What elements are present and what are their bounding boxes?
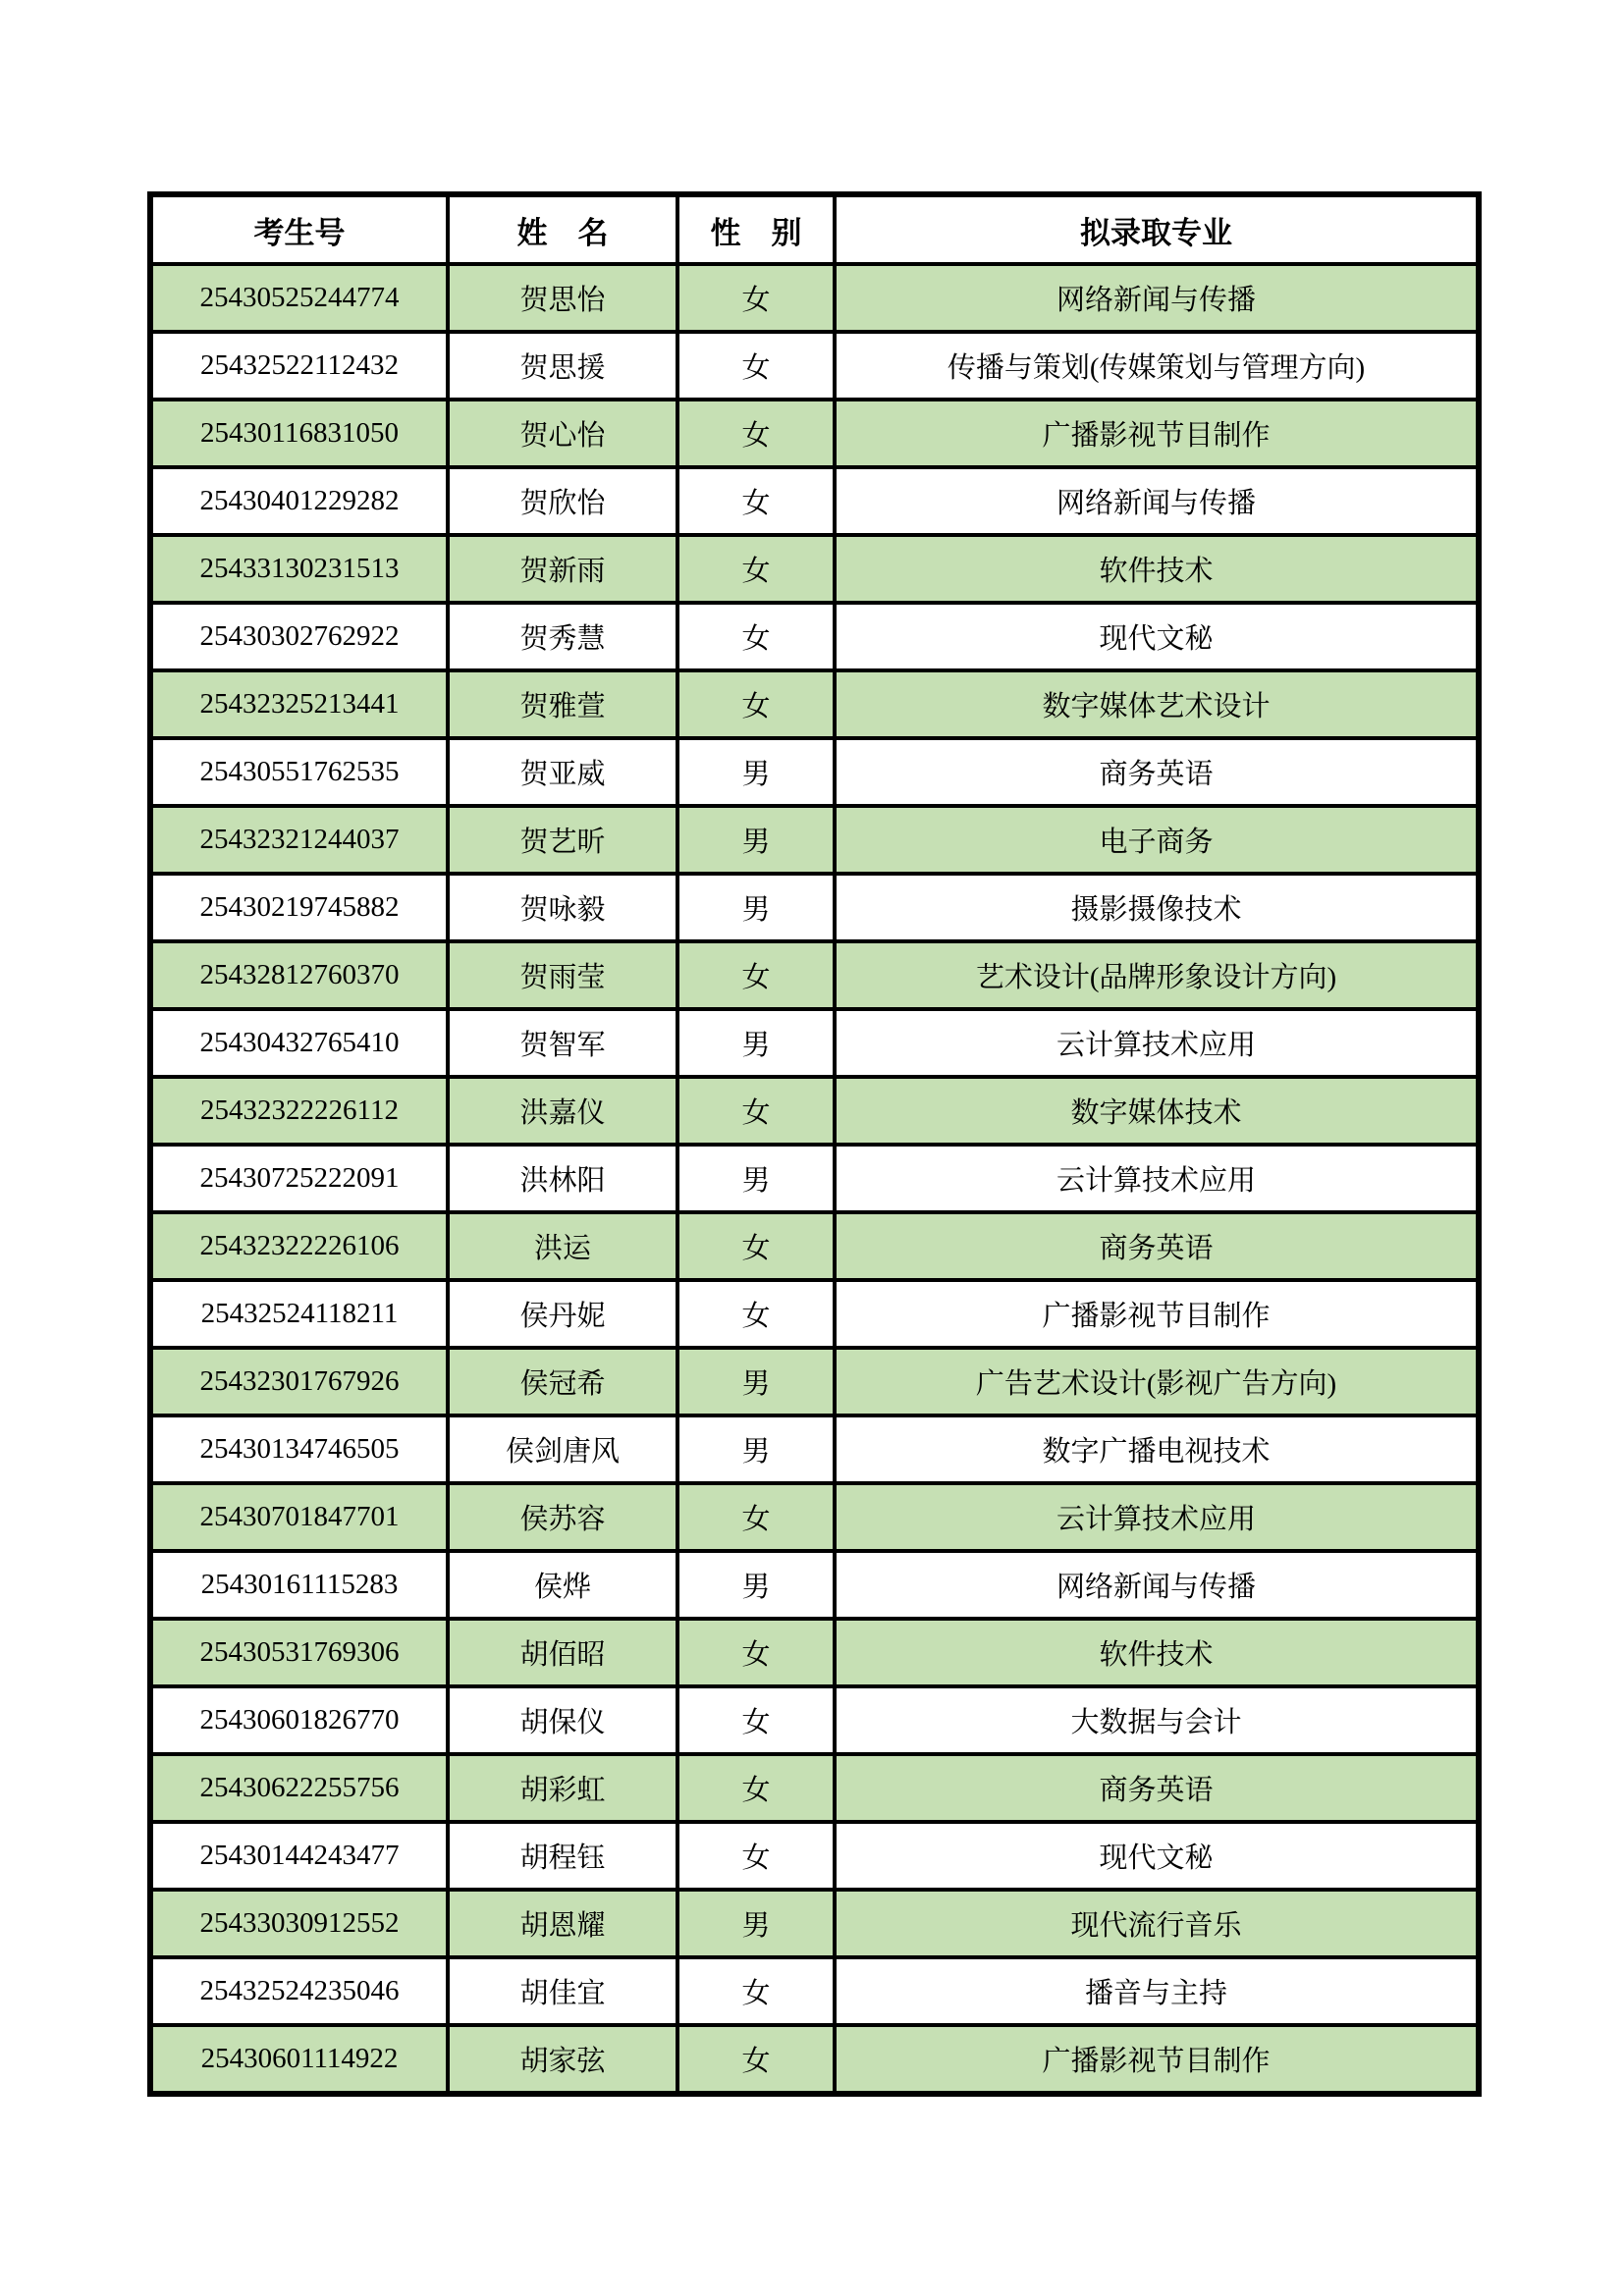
cell-exam-id: 25432322226112: [150, 1077, 448, 1145]
cell-major: 现代文秘: [835, 1822, 1479, 1890]
cell-exam-id: 25430701847701: [150, 1483, 448, 1551]
cell-exam-id: 25430525244774: [150, 264, 448, 332]
cell-exam-id: 25430302762922: [150, 603, 448, 670]
cell-major: 网络新闻与传播: [835, 264, 1479, 332]
cell-name: 贺秀慧: [448, 603, 677, 670]
cell-major: 数字媒体技术: [835, 1077, 1479, 1145]
header-row: 考生号 姓 名 性 别 拟录取专业: [150, 194, 1479, 264]
cell-major: 软件技术: [835, 1619, 1479, 1686]
cell-name: 胡程钰: [448, 1822, 677, 1890]
cell-major: 数字广播电视技术: [835, 1415, 1479, 1483]
cell-name: 侯剑唐风: [448, 1415, 677, 1483]
column-header-gender: 性 别: [677, 194, 835, 264]
cell-exam-id: 25432524235046: [150, 1957, 448, 2025]
cell-major: 云计算技术应用: [835, 1145, 1479, 1212]
table-row: 25432321244037贺艺昕男电子商务: [150, 806, 1479, 874]
table-row: 25432522112432贺思援女传播与策划(传媒策划与管理方向): [150, 332, 1479, 400]
cell-exam-id: 25433030912552: [150, 1890, 448, 1957]
cell-gender: 女: [677, 670, 835, 738]
table-header: 考生号 姓 名 性 别 拟录取专业: [150, 194, 1479, 264]
cell-major: 云计算技术应用: [835, 1483, 1479, 1551]
cell-name: 胡保仪: [448, 1686, 677, 1754]
cell-major: 摄影摄像技术: [835, 874, 1479, 941]
column-header-name: 姓 名: [448, 194, 677, 264]
cell-major: 艺术设计(品牌形象设计方向): [835, 941, 1479, 1009]
cell-exam-id: 25430144243477: [150, 1822, 448, 1890]
table-row: 25430144243477胡程钰女现代文秘: [150, 1822, 1479, 1890]
table-row: 25430432765410贺智军男云计算技术应用: [150, 1009, 1479, 1077]
cell-name: 胡彩虹: [448, 1754, 677, 1822]
table-row: 25430116831050贺心怡女广播影视节目制作: [150, 400, 1479, 467]
cell-name: 侯丹妮: [448, 1280, 677, 1348]
cell-major: 数字媒体艺术设计: [835, 670, 1479, 738]
cell-major: 大数据与会计: [835, 1686, 1479, 1754]
table-row: 25432524235046胡佳宜女播音与主持: [150, 1957, 1479, 2025]
table-row: 25432812760370贺雨莹女艺术设计(品牌形象设计方向): [150, 941, 1479, 1009]
cell-major: 电子商务: [835, 806, 1479, 874]
cell-gender: 女: [677, 264, 835, 332]
cell-exam-id: 25432322226106: [150, 1212, 448, 1280]
cell-exam-id: 25432301767926: [150, 1348, 448, 1415]
cell-gender: 男: [677, 1009, 835, 1077]
cell-exam-id: 25430116831050: [150, 400, 448, 467]
cell-major: 播音与主持: [835, 1957, 1479, 2025]
cell-exam-id: 25430622255756: [150, 1754, 448, 1822]
cell-name: 贺雅萱: [448, 670, 677, 738]
cell-gender: 女: [677, 603, 835, 670]
column-header-major: 拟录取专业: [835, 194, 1479, 264]
cell-exam-id: 25430531769306: [150, 1619, 448, 1686]
cell-name: 贺雨莹: [448, 941, 677, 1009]
cell-major: 传播与策划(传媒策划与管理方向): [835, 332, 1479, 400]
cell-name: 贺咏毅: [448, 874, 677, 941]
table-row: 25432325213441贺雅萱女数字媒体艺术设计: [150, 670, 1479, 738]
table-row: 25430302762922贺秀慧女现代文秘: [150, 603, 1479, 670]
cell-name: 洪嘉仪: [448, 1077, 677, 1145]
cell-gender: 女: [677, 941, 835, 1009]
table-row: 25430525244774贺思怡女网络新闻与传播: [150, 264, 1479, 332]
table-row: 25430601826770胡保仪女大数据与会计: [150, 1686, 1479, 1754]
table-row: 25430161115283侯烨男网络新闻与传播: [150, 1551, 1479, 1619]
cell-name: 胡家弦: [448, 2025, 677, 2094]
cell-gender: 女: [677, 535, 835, 603]
table-row: 25430725222091洪林阳男云计算技术应用: [150, 1145, 1479, 1212]
cell-exam-id: 25430219745882: [150, 874, 448, 941]
cell-name: 洪运: [448, 1212, 677, 1280]
cell-exam-id: 25432524118211: [150, 1280, 448, 1348]
cell-gender: 女: [677, 332, 835, 400]
table-row: 25432322226106洪运女商务英语: [150, 1212, 1479, 1280]
table-row: 25432524118211侯丹妮女广播影视节目制作: [150, 1280, 1479, 1348]
cell-exam-id: 25432522112432: [150, 332, 448, 400]
table-row: 25430622255756胡彩虹女商务英语: [150, 1754, 1479, 1822]
cell-exam-id: 25432325213441: [150, 670, 448, 738]
cell-name: 贺欣怡: [448, 467, 677, 535]
cell-gender: 女: [677, 1280, 835, 1348]
cell-name: 洪林阳: [448, 1145, 677, 1212]
table-row: 25430701847701侯苏容女云计算技术应用: [150, 1483, 1479, 1551]
table-row: 25433130231513贺新雨女软件技术: [150, 535, 1479, 603]
cell-gender: 女: [677, 1483, 835, 1551]
cell-gender: 男: [677, 874, 835, 941]
cell-exam-id: 25432812760370: [150, 941, 448, 1009]
cell-gender: 女: [677, 1619, 835, 1686]
cell-name: 侯烨: [448, 1551, 677, 1619]
cell-major: 现代流行音乐: [835, 1890, 1479, 1957]
cell-name: 贺思怡: [448, 264, 677, 332]
cell-major: 网络新闻与传播: [835, 1551, 1479, 1619]
cell-major: 商务英语: [835, 1212, 1479, 1280]
admission-roster-table: 考生号 姓 名 性 别 拟录取专业 25430525244774贺思怡女网络新闻…: [147, 191, 1482, 2097]
table-row: 25430134746505侯剑唐风男数字广播电视技术: [150, 1415, 1479, 1483]
cell-gender: 男: [677, 1415, 835, 1483]
cell-exam-id: 25430134746505: [150, 1415, 448, 1483]
cell-gender: 女: [677, 1754, 835, 1822]
cell-gender: 男: [677, 1348, 835, 1415]
cell-gender: 男: [677, 738, 835, 806]
column-header-exam-id: 考生号: [150, 194, 448, 264]
cell-gender: 女: [677, 2025, 835, 2094]
cell-gender: 女: [677, 1957, 835, 2025]
cell-gender: 男: [677, 1890, 835, 1957]
cell-major: 广播影视节目制作: [835, 400, 1479, 467]
cell-major: 广播影视节目制作: [835, 1280, 1479, 1348]
cell-exam-id: 25430551762535: [150, 738, 448, 806]
cell-gender: 男: [677, 806, 835, 874]
table-row: 25433030912552胡恩耀男现代流行音乐: [150, 1890, 1479, 1957]
cell-name: 侯冠希: [448, 1348, 677, 1415]
cell-name: 贺艺昕: [448, 806, 677, 874]
table-row: 25432322226112洪嘉仪女数字媒体技术: [150, 1077, 1479, 1145]
cell-major: 广播影视节目制作: [835, 2025, 1479, 2094]
cell-major: 商务英语: [835, 1754, 1479, 1822]
cell-gender: 女: [677, 1077, 835, 1145]
cell-major: 广告艺术设计(影视广告方向): [835, 1348, 1479, 1415]
table-row: 25432301767926侯冠希男广告艺术设计(影视广告方向): [150, 1348, 1479, 1415]
cell-gender: 女: [677, 1212, 835, 1280]
cell-name: 贺亚威: [448, 738, 677, 806]
table-row: 25430551762535贺亚威男商务英语: [150, 738, 1479, 806]
cell-name: 贺心怡: [448, 400, 677, 467]
cell-major: 商务英语: [835, 738, 1479, 806]
cell-exam-id: 25430401229282: [150, 467, 448, 535]
cell-exam-id: 25430432765410: [150, 1009, 448, 1077]
cell-name: 贺新雨: [448, 535, 677, 603]
table-body: 25430525244774贺思怡女网络新闻与传播25432522112432贺…: [150, 264, 1479, 2094]
cell-gender: 女: [677, 1686, 835, 1754]
cell-exam-id: 25430601114922: [150, 2025, 448, 2094]
cell-name: 贺思援: [448, 332, 677, 400]
cell-major: 网络新闻与传播: [835, 467, 1479, 535]
cell-gender: 男: [677, 1551, 835, 1619]
cell-name: 贺智军: [448, 1009, 677, 1077]
cell-name: 胡佰昭: [448, 1619, 677, 1686]
cell-major: 云计算技术应用: [835, 1009, 1479, 1077]
table-row: 25430219745882贺咏毅男摄影摄像技术: [150, 874, 1479, 941]
cell-exam-id: 25430601826770: [150, 1686, 448, 1754]
cell-gender: 女: [677, 467, 835, 535]
cell-exam-id: 25430725222091: [150, 1145, 448, 1212]
cell-name: 侯苏容: [448, 1483, 677, 1551]
cell-gender: 女: [677, 400, 835, 467]
cell-name: 胡恩耀: [448, 1890, 677, 1957]
cell-gender: 女: [677, 1822, 835, 1890]
cell-name: 胡佳宜: [448, 1957, 677, 2025]
table-row: 25430531769306胡佰昭女软件技术: [150, 1619, 1479, 1686]
cell-exam-id: 25432321244037: [150, 806, 448, 874]
cell-major: 现代文秘: [835, 603, 1479, 670]
cell-gender: 男: [677, 1145, 835, 1212]
table-row: 25430601114922胡家弦女广播影视节目制作: [150, 2025, 1479, 2094]
table-row: 25430401229282贺欣怡女网络新闻与传播: [150, 467, 1479, 535]
cell-major: 软件技术: [835, 535, 1479, 603]
document-page: 考生号 姓 名 性 别 拟录取专业 25430525244774贺思怡女网络新闻…: [0, 0, 1624, 2296]
cell-exam-id: 25433130231513: [150, 535, 448, 603]
cell-exam-id: 25430161115283: [150, 1551, 448, 1619]
